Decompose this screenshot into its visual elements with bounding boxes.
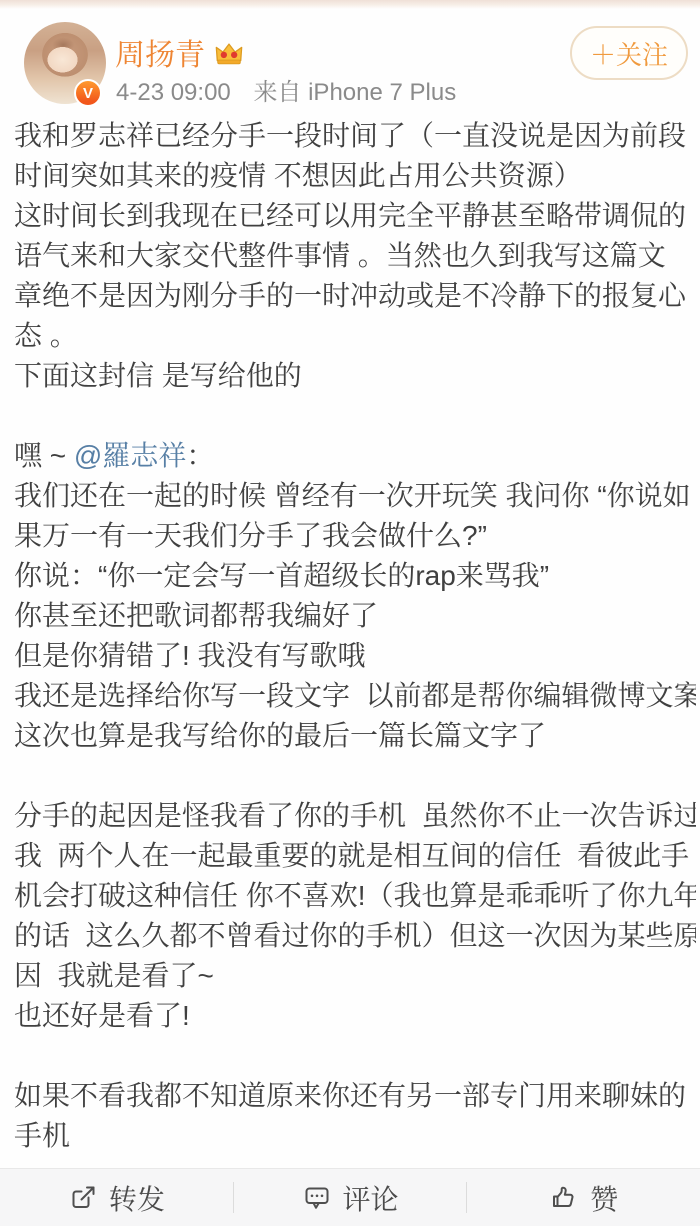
post-line: 分手的起因是怪我看了你的手机 虽然你不止一次告诉过 [14,796,696,836]
post-meta: 4-23 09:00 来自 iPhone 7 Plus [116,72,456,107]
comment-button[interactable]: 评论 [234,1169,467,1226]
text-segment: ： [186,440,214,471]
top-edge-strip [0,0,700,9]
post-line [14,756,696,796]
post-line: 因 我就是看了~ [14,956,696,996]
post-line: 机会打破这种信任 你不喜欢!（我也算是乖乖听了你九年 [14,876,696,916]
post-source[interactable]: 来自 iPhone 7 Plus [253,79,456,106]
post-line: 时间突如其来的疫情 不想因此占用公共资源） [14,156,696,196]
mention-link[interactable]: @羅志祥 [74,440,186,471]
like-button[interactable]: 赞 [467,1169,700,1226]
post-line: 也还好是看了! [14,996,696,1036]
name-row: 周扬青 [115,30,244,74]
like-label: 赞 [590,1178,618,1218]
vip-crown-icon [214,40,244,67]
post-line [14,1036,696,1076]
post-line: 这次也算是我写给你的最后一篇长篇文字了 [14,716,696,756]
post-line: 如果不看我都不知道原来你还有另一部专门用来聊妹的 [14,1076,696,1116]
repost-button[interactable]: 转发 [0,1169,233,1226]
text-segment: 嘿 ~ [14,440,74,471]
repost-icon [68,1183,98,1213]
username[interactable]: 周扬青 [115,30,205,74]
repost-label: 转发 [109,1178,165,1218]
post-line: 手机 [14,1116,696,1156]
post-line: 语气来和大家交代整件事情 。当然也久到我写这篇文 [14,236,696,276]
post-line: 嘿 ~ @羅志祥： [14,436,696,476]
follow-button[interactable]: ＋关注 [570,26,688,80]
verified-badge-icon: V [74,79,102,107]
post-line: 我 两个人在一起最重要的就是相互间的信任 看彼此手 [14,836,696,876]
post-line: 这时间长到我现在已经可以用完全平静甚至略带调侃的 [14,196,696,236]
post-line: 但是你猜错了! 我没有写歌哦 [14,636,696,676]
post-line: 果万一有一天我们分手了我会做什么?” [14,516,696,556]
timestamp: 4-23 09:00 [116,79,231,106]
post-line: 态 。 [14,316,696,356]
post-line: 我还是选择给你写一段文字 以前都是帮你编辑微博文案 [14,676,696,716]
comment-label: 评论 [343,1178,399,1218]
weibo-post-card: V 周扬青 4-23 09:00 来自 iPhone 7 Plus ＋关注 我和… [0,0,700,1226]
comment-icon [302,1183,332,1213]
post-line: 的话 这么久都不曾看过你的手机）但这一次因为某些原 [14,916,696,956]
like-icon [549,1183,579,1213]
post-line: 你甚至还把歌词都帮我编好了 [14,596,696,636]
post-line: 下面这封信 是写给他的 [14,356,696,396]
post-line [14,396,696,436]
post-line: 章绝不是因为刚分手的一时冲动或是不冷静下的报复心 [14,276,696,316]
post-content: 我和罗志祥已经分手一段时间了（一直没说是因为前段时间突如其来的疫情 不想因此占用… [14,116,696,1156]
post-line: 你说：“你一定会写一首超级长的rap来骂我” [14,556,696,596]
avatar[interactable]: V [24,22,106,104]
post-line: 我们还在一起的时候 曾经有一次开玩笑 我问你 “你说如 [14,476,696,516]
post-line: 我和罗志祥已经分手一段时间了（一直没说是因为前段 [14,116,696,156]
action-bar: 转发 评论 赞 [0,1168,700,1226]
